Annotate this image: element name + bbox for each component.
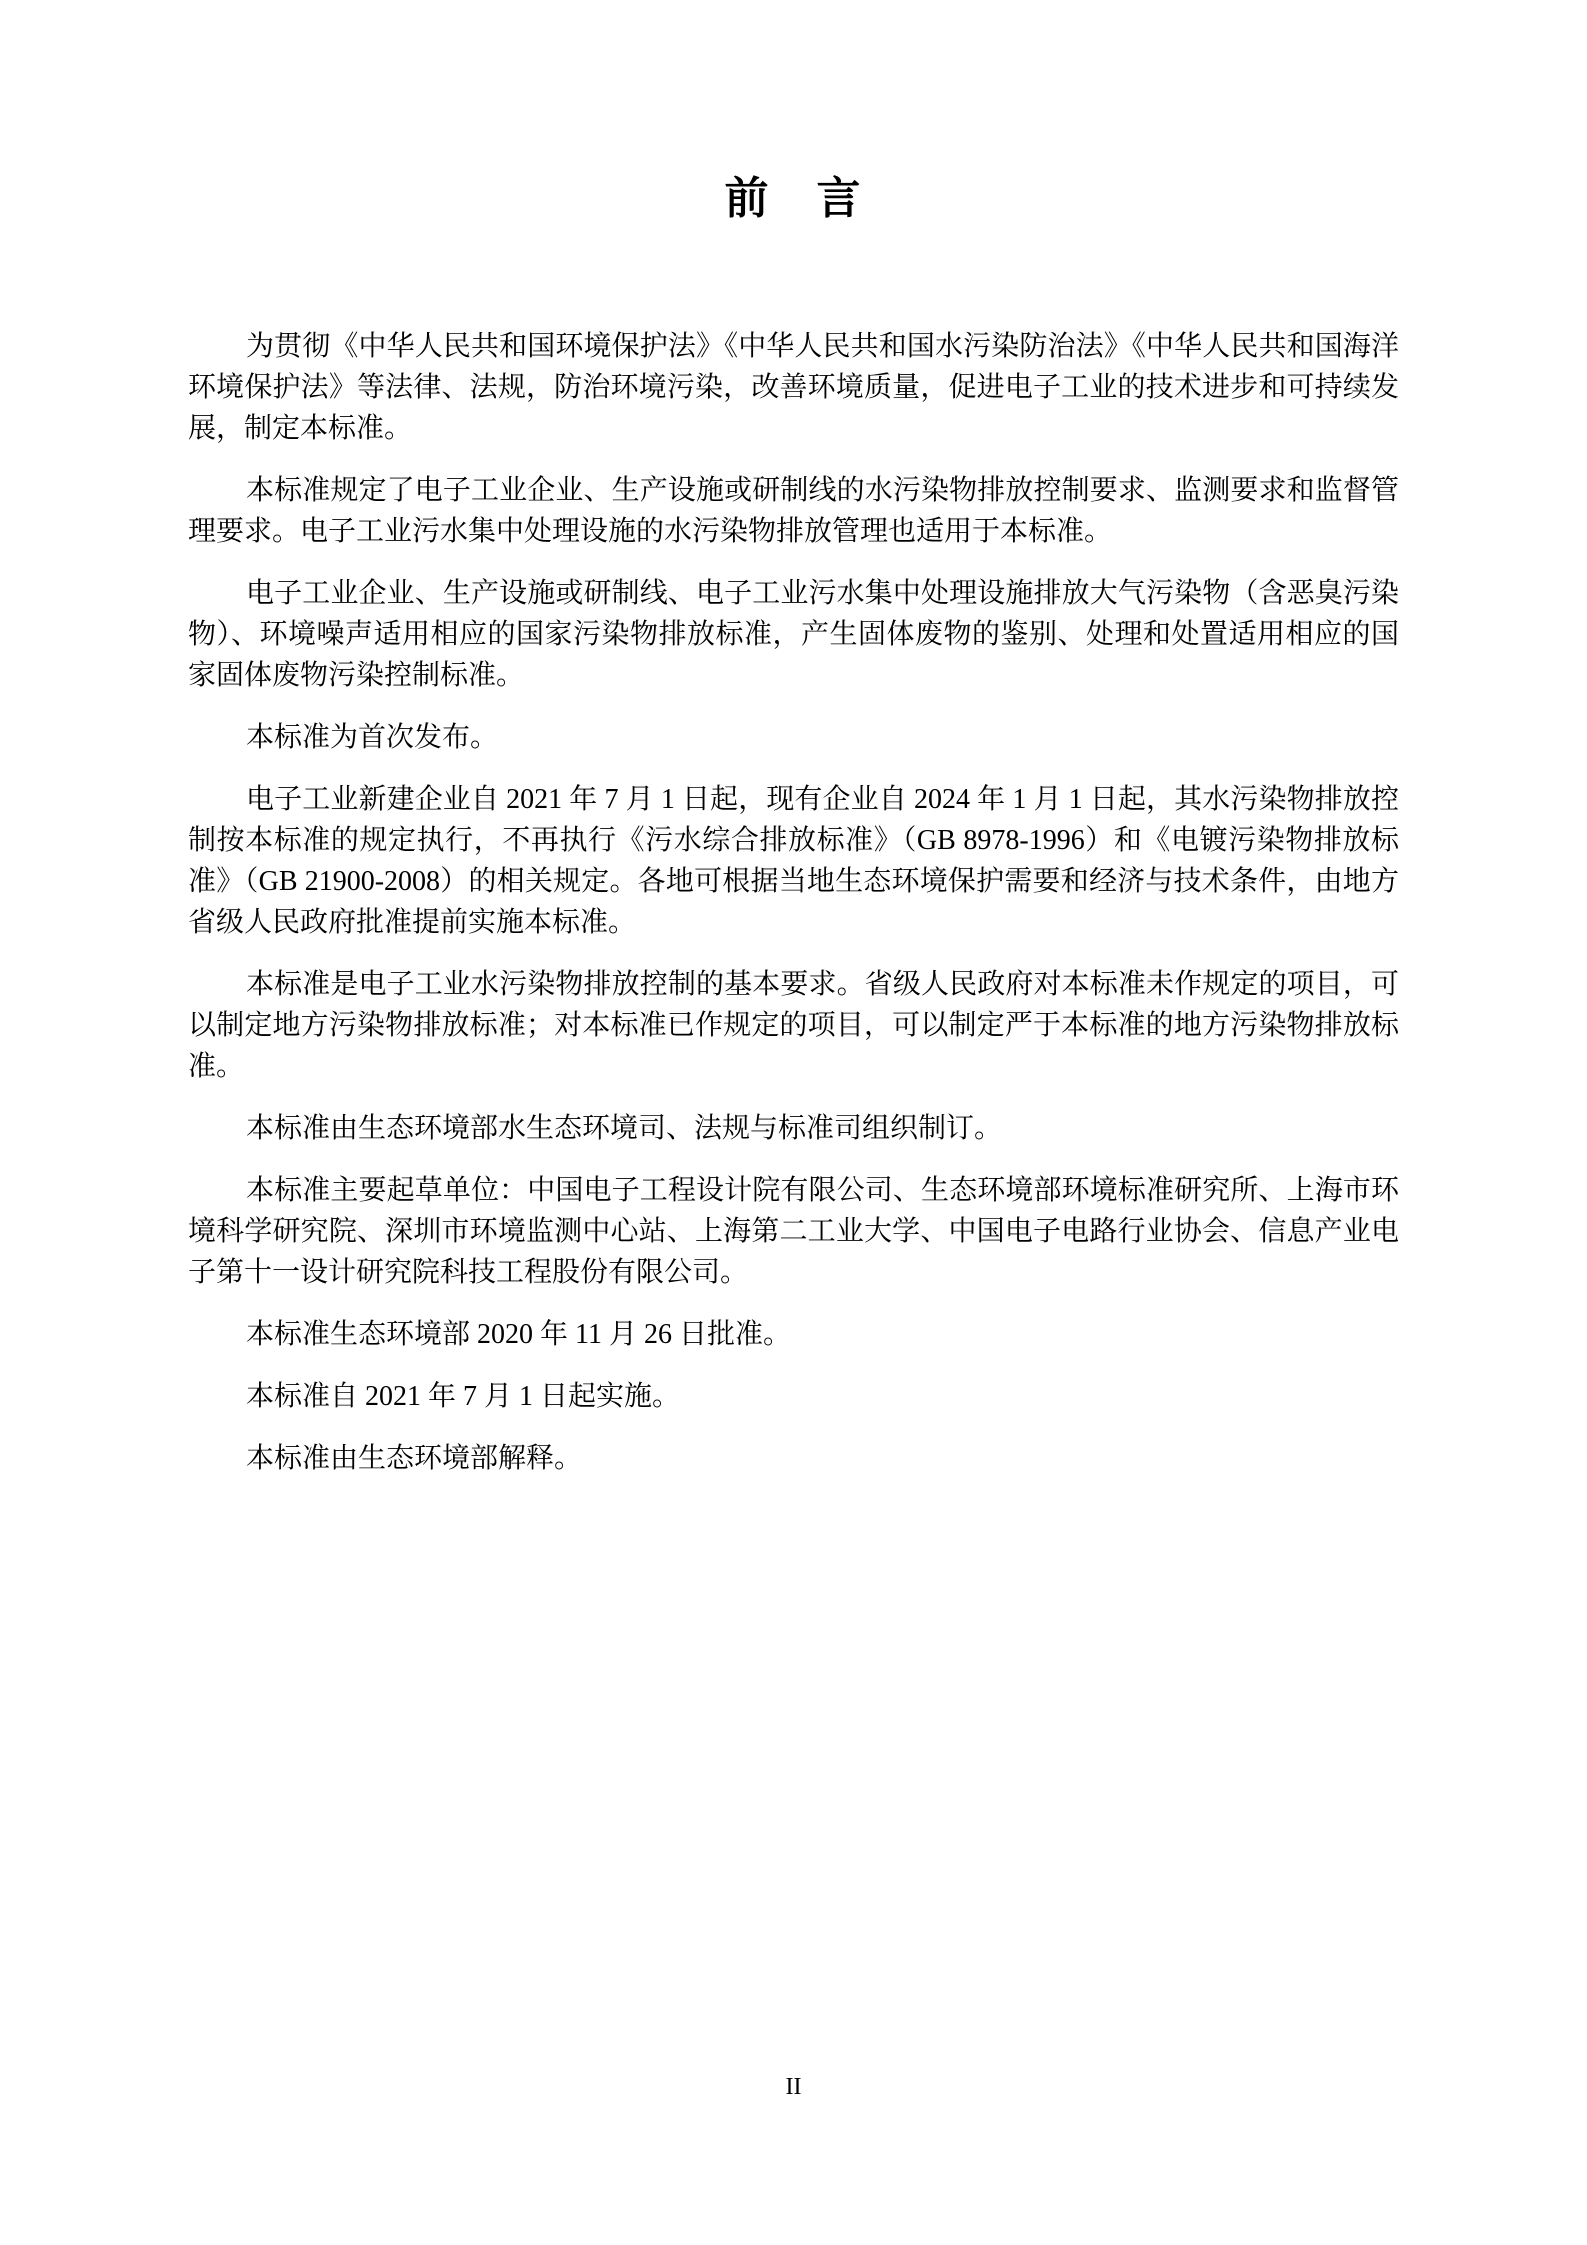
page-title: 前 言 [0,0,1587,230]
paragraph: 本标准规定了电子工业企业、生产设施或研制线的水污染物排放控制要求、监测要求和监督… [188,470,1399,552]
document-page: 前 言 为贯彻《中华人民共和国环境保护法》《中华人民共和国水污染防治法》《中华人… [0,0,1587,2245]
paragraph: 本标准由生态环境部水生态环境司、法规与标准司组织制订。 [188,1108,1399,1149]
paragraph: 为贯彻《中华人民共和国环境保护法》《中华人民共和国水污染防治法》《中华人民共和国… [188,326,1399,449]
paragraph: 本标准是电子工业水污染物排放控制的基本要求。省级人民政府对本标准未作规定的项目，… [188,964,1399,1087]
paragraph: 电子工业企业、生产设施或研制线、电子工业污水集中处理设施排放大气污染物（含恶臭污… [188,573,1399,696]
paragraph: 本标准为首次发布。 [188,717,1399,758]
paragraph: 本标准生态环境部 2020 年 11 月 26 日批准。 [188,1314,1399,1355]
paragraph: 本标准主要起草单位：中国电子工程设计院有限公司、生态环境部环境标准研究所、上海市… [188,1170,1399,1293]
paragraph: 电子工业新建企业自 2021 年 7 月 1 日起，现有企业自 2024 年 1… [188,779,1399,943]
paragraph: 本标准自 2021 年 7 月 1 日起实施。 [188,1376,1399,1417]
paragraph: 本标准由生态环境部解释。 [188,1438,1399,1479]
foreword-body: 为贯彻《中华人民共和国环境保护法》《中华人民共和国水污染防治法》《中华人民共和国… [188,326,1399,1479]
page-number: II [0,2072,1587,2102]
